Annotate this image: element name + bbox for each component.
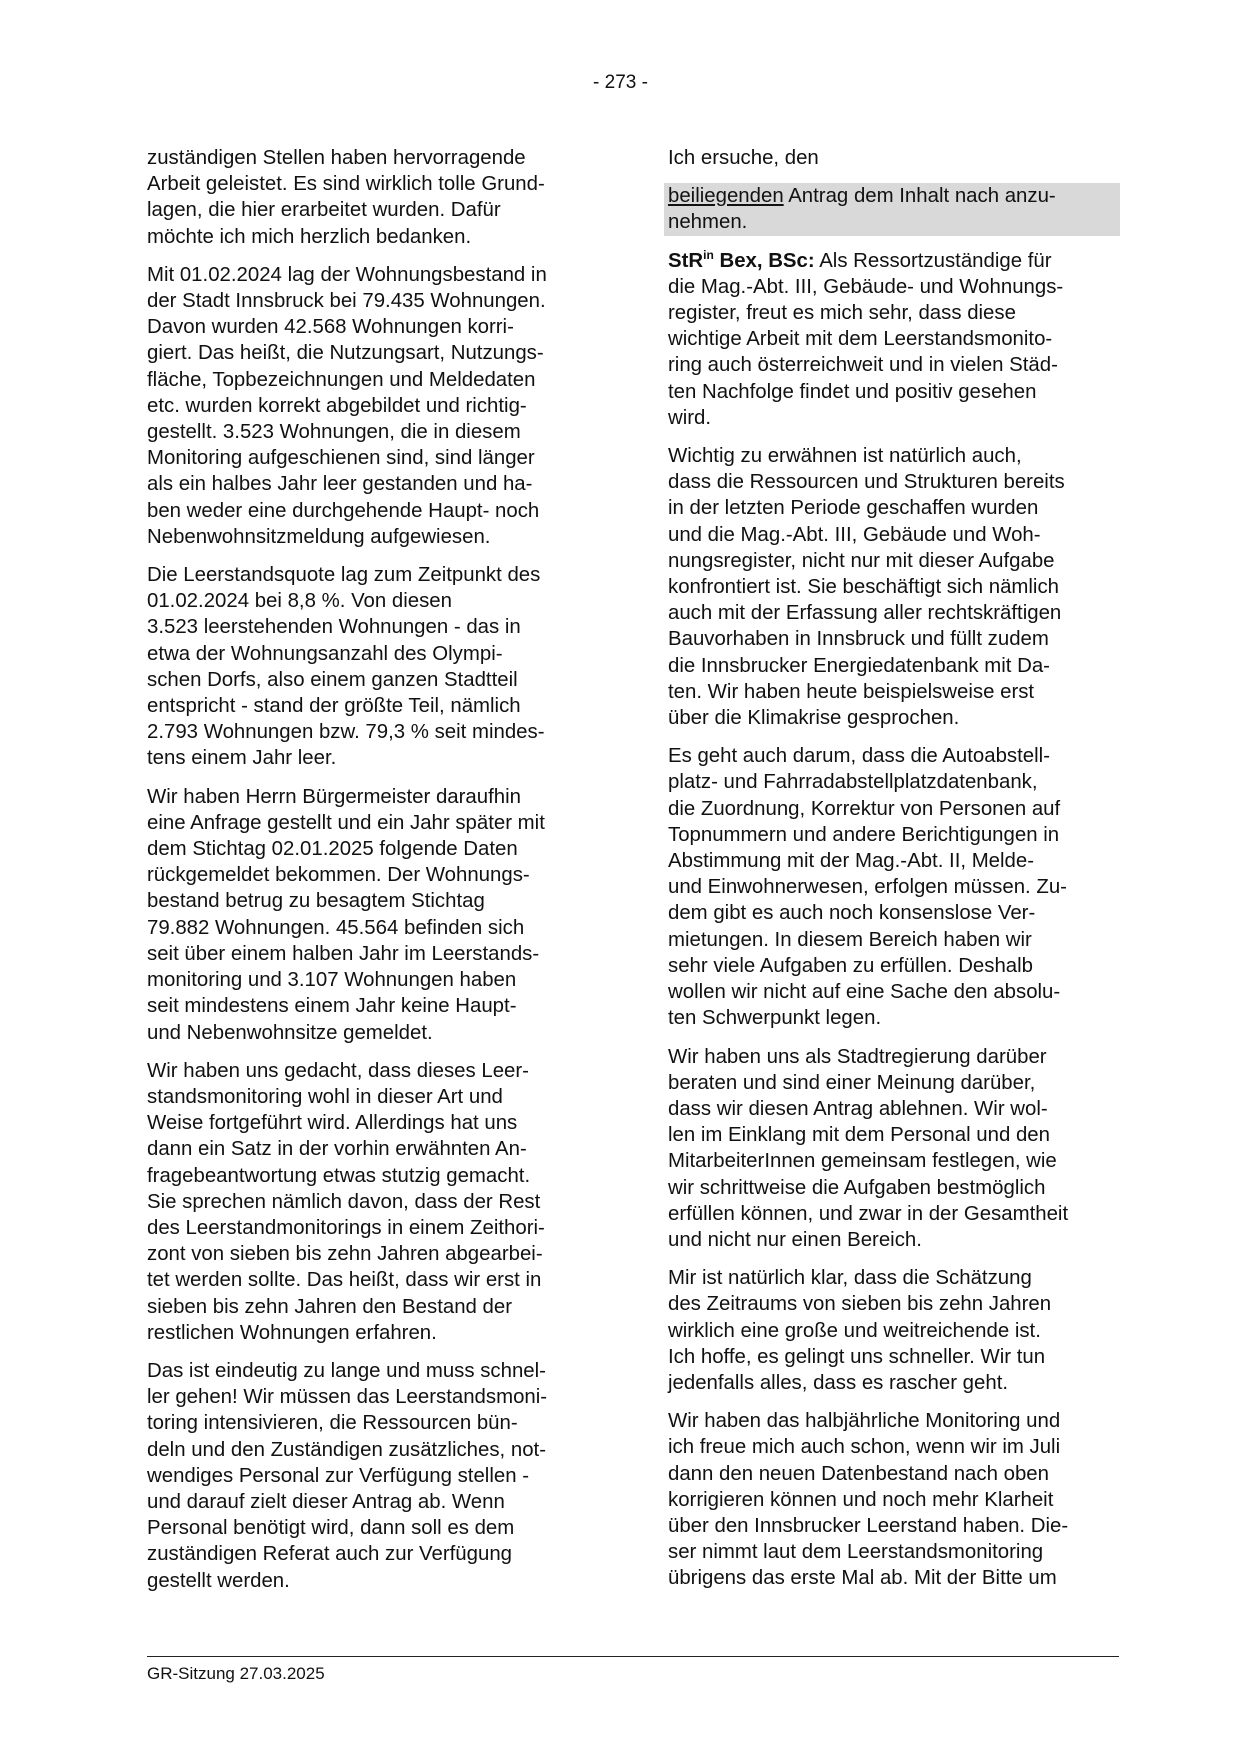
text-line: konfrontiert ist. Sie beschäftigt sich n… bbox=[668, 574, 1118, 600]
text-line: die Zuordnung, Korrektur von Personen au… bbox=[668, 796, 1118, 822]
text-line: eine Anfrage gestellt und ein Jahr späte… bbox=[147, 810, 592, 836]
paragraph: Wir haben Herrn Bürgermeister daraufhin … bbox=[147, 784, 592, 1046]
text-line: dem gibt es auch noch konsenslose Ver- bbox=[668, 900, 1118, 926]
text-line: Topnummern und andere Berichtigungen in bbox=[668, 822, 1118, 848]
text-line: Wir haben uns gedacht, dass dieses Leer- bbox=[147, 1058, 592, 1084]
text-line: und die Mag.-Abt. III, Gebäude und Woh- bbox=[668, 522, 1118, 548]
text-line: in der letzten Periode geschaffen wurden bbox=[668, 495, 1118, 521]
paragraph: Mit 01.02.2024 lag der Wohnungsbestand i… bbox=[147, 262, 592, 550]
text-line: zont von sieben bis zehn Jahren abgearbe… bbox=[147, 1241, 592, 1267]
text-line: len im Einklang mit dem Personal und den bbox=[668, 1122, 1118, 1148]
text-line: möchte ich mich herzlich bedanken. bbox=[147, 224, 592, 250]
text-line: und Einwohnerwesen, erfolgen müssen. Zu- bbox=[668, 874, 1118, 900]
text-line: etc. wurden korrekt abgebildet und richt… bbox=[147, 393, 592, 419]
text-line: Weise fortgeführt wird. Allerdings hat u… bbox=[147, 1110, 592, 1136]
text-line: 79.882 Wohnungen. 45.564 befinden sich bbox=[147, 915, 592, 941]
text-line: tet werden sollte. Das heißt, dass wir e… bbox=[147, 1267, 592, 1293]
text-line: wirklich eine große und weitreichende is… bbox=[668, 1318, 1118, 1344]
text-line: beiliegenden Antrag dem Inhalt nach anzu… bbox=[668, 183, 1120, 209]
text-line: Mir ist natürlich klar, dass die Schätzu… bbox=[668, 1265, 1118, 1291]
request-intro: Ich ersuche, den bbox=[668, 145, 1118, 171]
text-line: die Innsbrucker Energiedatenbank mit Da- bbox=[668, 653, 1118, 679]
text-line: gestellt. 3.523 Wohnungen, die in diesem bbox=[147, 419, 592, 445]
text-line: zuständigen Referat auch zur Verfügung bbox=[147, 1541, 592, 1567]
text-line: tens einem Jahr leer. bbox=[147, 745, 592, 771]
text-line: fläche, Topbezeichnungen und Meldedaten bbox=[147, 367, 592, 393]
paragraph: Es geht auch darum, dass die Autoabstell… bbox=[668, 743, 1118, 1031]
speaker-surname: Bex, BSc: bbox=[714, 250, 815, 272]
text-line: nungsregister, nicht nur mit dieser Aufg… bbox=[668, 548, 1118, 574]
text-line: wir schrittweise die Aufgaben bestmöglic… bbox=[668, 1175, 1118, 1201]
text-line: Arbeit geleistet. Es sind wirklich tolle… bbox=[147, 171, 592, 197]
text-line: über den Innsbrucker Leerstand haben. Di… bbox=[668, 1513, 1118, 1539]
text-line: des Leerstandmonitorings in einem Zeitho… bbox=[147, 1215, 592, 1241]
text-line: gestellt werden. bbox=[147, 1568, 592, 1594]
text-line: etwa der Wohnungsanzahl des Olympi- bbox=[147, 641, 592, 667]
text-line: Monitoring aufgeschienen sind, sind läng… bbox=[147, 445, 592, 471]
text-fragment: Als Ressortzuständige für bbox=[815, 250, 1052, 272]
text-line: Ich ersuche, den bbox=[668, 145, 1118, 171]
text-line: 01.02.2024 bei 8,8 %. Von diesen bbox=[147, 588, 592, 614]
text-line: Nebenwohnsitzmeldung aufgewiesen. bbox=[147, 524, 592, 550]
text-line: Wir haben uns als Stadtregierung darüber bbox=[668, 1044, 1118, 1070]
motion-highlight-box: beiliegenden Antrag dem Inhalt nach anzu… bbox=[664, 183, 1120, 235]
paragraph: Mir ist natürlich klar, dass die Schätzu… bbox=[668, 1265, 1118, 1396]
text-line: ler gehen! Wir müssen das Leerstandsmoni… bbox=[147, 1384, 592, 1410]
underlined-word: beiliegenden bbox=[668, 185, 784, 207]
text-line: lagen, die hier erarbeitet wurden. Dafür bbox=[147, 197, 592, 223]
text-line: StRin Bex, BSc: Als Ressortzuständige fü… bbox=[668, 248, 1118, 274]
text-line: auch mit der Erfassung aller rechtskräft… bbox=[668, 600, 1118, 626]
text-line: seit mindestens einem Jahr keine Haupt- bbox=[147, 993, 592, 1019]
text-line: nehmen. bbox=[668, 209, 1120, 235]
text-line: bestand betrug zu besagtem Stichtag bbox=[147, 888, 592, 914]
text-line: der Stadt Innsbruck bei 79.435 Wohnungen… bbox=[147, 288, 592, 314]
text-line: wendiges Personal zur Verfügung stellen … bbox=[147, 1463, 592, 1489]
text-line: platz- und Fahrradabstellplatzdatenbank, bbox=[668, 769, 1118, 795]
text-line: und Nebenwohnsitze gemeldet. bbox=[147, 1020, 592, 1046]
speaker-title-suffix: in bbox=[703, 248, 714, 262]
text-line: beraten und sind einer Meinung darüber, bbox=[668, 1070, 1118, 1096]
text-line: dann ein Satz in der vorhin erwähnten An… bbox=[147, 1136, 592, 1162]
text-line: monitoring und 3.107 Wohnungen haben bbox=[147, 967, 592, 993]
text-line: wird. bbox=[668, 405, 1118, 431]
text-line: seit über einem halben Jahr im Leerstand… bbox=[147, 941, 592, 967]
text-line: sieben bis zehn Jahren den Bestand der bbox=[147, 1294, 592, 1320]
text-line: ten. Wir haben heute beispielsweise erst bbox=[668, 679, 1118, 705]
speaker-title: StR bbox=[668, 250, 703, 272]
text-line: 3.523 leerstehenden Wohnungen - das in bbox=[147, 614, 592, 640]
text-line: Abstimmung mit der Mag.-Abt. II, Melde- bbox=[668, 848, 1118, 874]
paragraph: Die Leerstandsquote lag zum Zeitpunkt de… bbox=[147, 562, 592, 772]
text-line: dann den neuen Datenbestand nach oben bbox=[668, 1461, 1118, 1487]
text-line: wollen wir nicht auf eine Sache den abso… bbox=[668, 979, 1118, 1005]
text-line: restlichen Wohnungen erfahren. bbox=[147, 1320, 592, 1346]
speaker-name: StRin Bex, BSc: bbox=[668, 250, 815, 272]
text-line: Wichtig zu erwähnen ist natürlich auch, bbox=[668, 443, 1118, 469]
text-line: schen Dorfs, also einem ganzen Stadtteil bbox=[147, 667, 592, 693]
text-line: 2.793 Wohnungen bzw. 79,3 % seit mindes- bbox=[147, 719, 592, 745]
text-line: register, freut es mich sehr, dass diese bbox=[668, 300, 1118, 326]
text-line: entspricht - stand der größte Teil, näml… bbox=[147, 693, 592, 719]
text-line: rückgemeldet bekommen. Der Wohnungs- bbox=[147, 862, 592, 888]
text-line: als ein halbes Jahr leer gestanden und h… bbox=[147, 471, 592, 497]
text-line: ten Nachfolge findet und positiv gesehen bbox=[668, 379, 1118, 405]
paragraph: Wir haben uns gedacht, dass dieses Leer-… bbox=[147, 1058, 592, 1346]
text-line: jedenfalls alles, dass es rascher geht. bbox=[668, 1370, 1118, 1396]
text-line: Wir haben Herrn Bürgermeister daraufhin bbox=[147, 784, 592, 810]
right-column: Ich ersuche, den beiliegenden Antrag dem… bbox=[668, 145, 1118, 1604]
text-line: ser nimmt laut dem Leerstandsmonitoring bbox=[668, 1539, 1118, 1565]
text-line: und darauf zielt dieser Antrag ab. Wenn bbox=[147, 1489, 592, 1515]
text-line: ich freue mich auch schon, wenn wir im J… bbox=[668, 1434, 1118, 1460]
left-column: zuständigen Stellen haben hervorragende … bbox=[147, 145, 592, 1606]
paragraph: Wichtig zu erwähnen ist natürlich auch, … bbox=[668, 443, 1118, 731]
text-line: dass die Ressourcen und Strukturen berei… bbox=[668, 469, 1118, 495]
text-line: und nicht nur einen Bereich. bbox=[668, 1227, 1118, 1253]
text-line: MitarbeiterInnen gemeinsam festlegen, wi… bbox=[668, 1148, 1118, 1174]
text-line: Bauvorhaben in Innsbruck und füllt zudem bbox=[668, 626, 1118, 652]
text-line: über die Klimakrise gesprochen. bbox=[668, 705, 1118, 731]
footer-session-date: GR-Sitzung 27.03.2025 bbox=[147, 1663, 325, 1685]
text-line: toring intensivieren, die Ressourcen bün… bbox=[147, 1410, 592, 1436]
text-line: deln und den Zuständigen zusätzliches, n… bbox=[147, 1437, 592, 1463]
text-line: übrigens das erste Mal ab. Mit der Bitte… bbox=[668, 1565, 1118, 1591]
text-line: Die Leerstandsquote lag zum Zeitpunkt de… bbox=[147, 562, 592, 588]
paragraph: Wir haben uns als Stadtregierung darüber… bbox=[668, 1044, 1118, 1254]
text-line: sehr viele Aufgaben zu erfüllen. Deshalb bbox=[668, 953, 1118, 979]
text-line: Es geht auch darum, dass die Autoabstell… bbox=[668, 743, 1118, 769]
text-line: Das ist eindeutig zu lange und muss schn… bbox=[147, 1358, 592, 1384]
text-line: Personal benötigt wird, dann soll es dem bbox=[147, 1515, 592, 1541]
footer-divider bbox=[147, 1656, 1119, 1657]
text-line: standsmonitoring wohl in dieser Art und bbox=[147, 1084, 592, 1110]
text-line: erfüllen können, und zwar in der Gesamth… bbox=[668, 1201, 1118, 1227]
text-line: dem Stichtag 02.01.2025 folgende Daten bbox=[147, 836, 592, 862]
page-number: - 273 - bbox=[0, 71, 1241, 95]
text-line: fragebeantwortung etwas stutzig gemacht. bbox=[147, 1163, 592, 1189]
text-line: wichtige Arbeit mit dem Leerstandsmonito… bbox=[668, 326, 1118, 352]
text-line: Sie sprechen nämlich davon, dass der Res… bbox=[147, 1189, 592, 1215]
speaker-statement: StRin Bex, BSc: Als Ressortzuständige fü… bbox=[668, 248, 1118, 431]
text-line: dass wir diesen Antrag ablehnen. Wir wol… bbox=[668, 1096, 1118, 1122]
paragraph: Das ist eindeutig zu lange und muss schn… bbox=[147, 1358, 592, 1594]
text-line: korrigieren können und noch mehr Klarhei… bbox=[668, 1487, 1118, 1513]
paragraph: Wir haben das halbjährliche Monitoring u… bbox=[668, 1408, 1118, 1591]
text-line: ben weder eine durchgehende Haupt- noch bbox=[147, 498, 592, 524]
text-line: Ich hoffe, es gelingt uns schneller. Wir… bbox=[668, 1344, 1118, 1370]
text-line: zuständigen Stellen haben hervorragende bbox=[147, 145, 592, 171]
text-line: ring auch österreichweit und in vielen S… bbox=[668, 352, 1118, 378]
text-line: mietungen. In diesem Bereich haben wir bbox=[668, 927, 1118, 953]
text-line: die Mag.-Abt. III, Gebäude- und Wohnungs… bbox=[668, 274, 1118, 300]
text-line: ten Schwerpunkt legen. bbox=[668, 1005, 1118, 1031]
text-line: Wir haben das halbjährliche Monitoring u… bbox=[668, 1408, 1118, 1434]
text-line: des Zeitraums von sieben bis zehn Jahren bbox=[668, 1291, 1118, 1317]
text-line: giert. Das heißt, die Nutzungsart, Nutzu… bbox=[147, 340, 592, 366]
text-fragment: Antrag dem Inhalt nach anzu- bbox=[784, 185, 1056, 207]
paragraph: zuständigen Stellen haben hervorragende … bbox=[147, 145, 592, 250]
text-line: Mit 01.02.2024 lag der Wohnungsbestand i… bbox=[147, 262, 592, 288]
text-line: Davon wurden 42.568 Wohnungen korri- bbox=[147, 314, 592, 340]
